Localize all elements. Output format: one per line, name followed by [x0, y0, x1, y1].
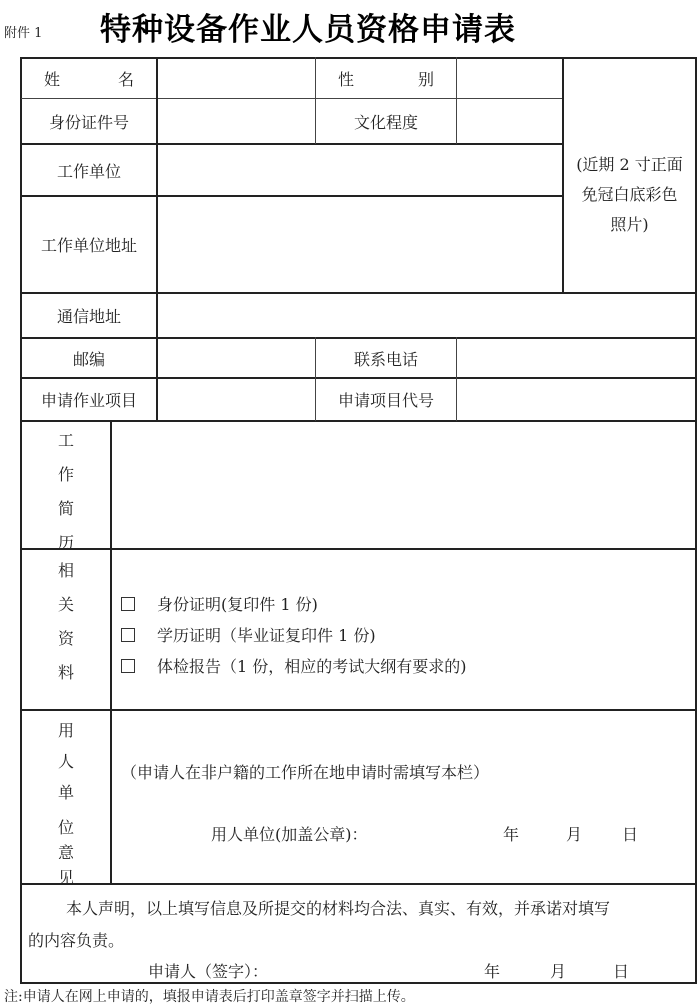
declaration-text-line2: 的内容负责。 — [28, 928, 124, 951]
gender-label: 性 别 — [316, 59, 456, 98]
work-history-field[interactable] — [112, 422, 695, 548]
apply-code-field[interactable] — [457, 379, 695, 420]
photo-hint-line: (近期 2 寸正面 — [564, 150, 695, 180]
education-field[interactable] — [457, 99, 562, 143]
checkbox-icon[interactable] — [121, 597, 135, 611]
id-field[interactable] — [158, 99, 315, 143]
employer-date-day: 日 — [622, 822, 638, 845]
checkbox-icon[interactable] — [121, 659, 135, 673]
label-char: 人 — [58, 749, 74, 772]
employer-label: 工作单位 — [22, 145, 156, 195]
apply-item-label: 申请作业项目 — [22, 379, 156, 420]
footer-note: 注:申请人在网上申请的，填报申请表后打印盖章签字并扫描上传。 — [4, 986, 415, 1006]
label-char: 位 — [58, 815, 74, 838]
label-char: 工 — [58, 428, 74, 451]
employer-date-year: 年 — [503, 822, 519, 845]
label-char: 资 — [58, 626, 74, 649]
postcode-field[interactable] — [158, 339, 315, 377]
mailing-address-field[interactable] — [158, 294, 695, 337]
employer-address-field[interactable] — [158, 197, 562, 292]
row-divider — [21, 883, 697, 885]
material-checkbox-education[interactable]: 学历证明（毕业证复印件 1 份) — [121, 623, 376, 646]
work-history-label: 工 作 简 历 — [22, 428, 110, 553]
phone-label: 联系电话 — [316, 339, 456, 377]
applicant-date-month: 月 — [550, 959, 566, 982]
material-label: 体检报告（1 份，相应的考试大纲有要求的) — [157, 654, 467, 677]
label-char: 作 — [58, 462, 74, 485]
label-char: 料 — [58, 660, 74, 683]
applicant-sign-label: 申请人（签字）： — [148, 959, 268, 982]
apply-item-field[interactable] — [158, 379, 315, 420]
checkbox-icon[interactable] — [121, 628, 135, 642]
label-char: 历 — [58, 530, 74, 553]
table-border-right — [695, 57, 697, 984]
label-char: 用 — [58, 718, 74, 741]
mailing-address-label: 通信地址 — [22, 294, 156, 337]
name-label-part: 姓 — [44, 67, 60, 90]
label-char: 相 — [58, 558, 74, 581]
apply-code-label: 申请项目代号 — [316, 379, 456, 420]
table-border-bottom — [21, 982, 697, 984]
name-label-part: 名 — [118, 67, 134, 90]
label-char: 意 — [58, 840, 74, 863]
label-char: 简 — [58, 496, 74, 519]
applicant-date-year: 年 — [484, 959, 500, 982]
employer-seal-label: 用人单位(加盖公章)： — [211, 822, 368, 845]
photo-placeholder[interactable]: (近期 2 寸正面 免冠白底彩色 照片) — [564, 150, 695, 240]
row-divider — [21, 548, 697, 550]
label-char: 单 — [58, 780, 74, 803]
id-label: 身份证件号 — [22, 99, 156, 143]
gender-field[interactable] — [457, 59, 562, 98]
name-field[interactable] — [158, 59, 315, 98]
material-checkbox-id[interactable]: 身份证明(复印件 1 份) — [121, 592, 318, 615]
attachment-label: 附件 1 — [4, 22, 42, 41]
gender-label-part: 性 — [338, 67, 354, 90]
phone-field[interactable] — [457, 339, 695, 377]
gender-label-part: 别 — [418, 67, 434, 90]
employer-field[interactable] — [158, 145, 562, 195]
materials-label: 相 关 资 料 — [22, 558, 110, 683]
applicant-date-day: 日 — [613, 959, 629, 982]
employer-date-month: 月 — [566, 822, 582, 845]
row-divider — [21, 709, 697, 711]
name-label: 姓 名 — [22, 59, 156, 98]
employer-address-label: 工作单位地址 — [22, 197, 156, 292]
photo-hint-line: 免冠白底彩色 — [564, 180, 695, 210]
declaration-text-line1: 本人声明，以上填写信息及所提交的材料均合法、真实、有效，并承诺对填写 — [66, 896, 610, 919]
photo-hint-line: 照片) — [564, 210, 695, 240]
postcode-label: 邮编 — [22, 339, 156, 377]
label-char: 见 — [58, 865, 74, 888]
label-char: 关 — [58, 592, 74, 615]
material-label: 身份证明(复印件 1 份) — [157, 592, 318, 615]
material-checkbox-medical[interactable]: 体检报告（1 份，相应的考试大纲有要求的) — [121, 654, 467, 677]
education-label: 文化程度 — [316, 99, 456, 143]
employer-opinion-hint: （申请人在非户籍的工作所在地申请时需填写本栏） — [121, 760, 489, 783]
page-title: 特种设备作业人员资格申请表 — [100, 4, 516, 49]
material-label: 学历证明（毕业证复印件 1 份) — [157, 623, 376, 646]
employer-opinion-label: 用 人 单 位 意 见 — [22, 718, 110, 888]
